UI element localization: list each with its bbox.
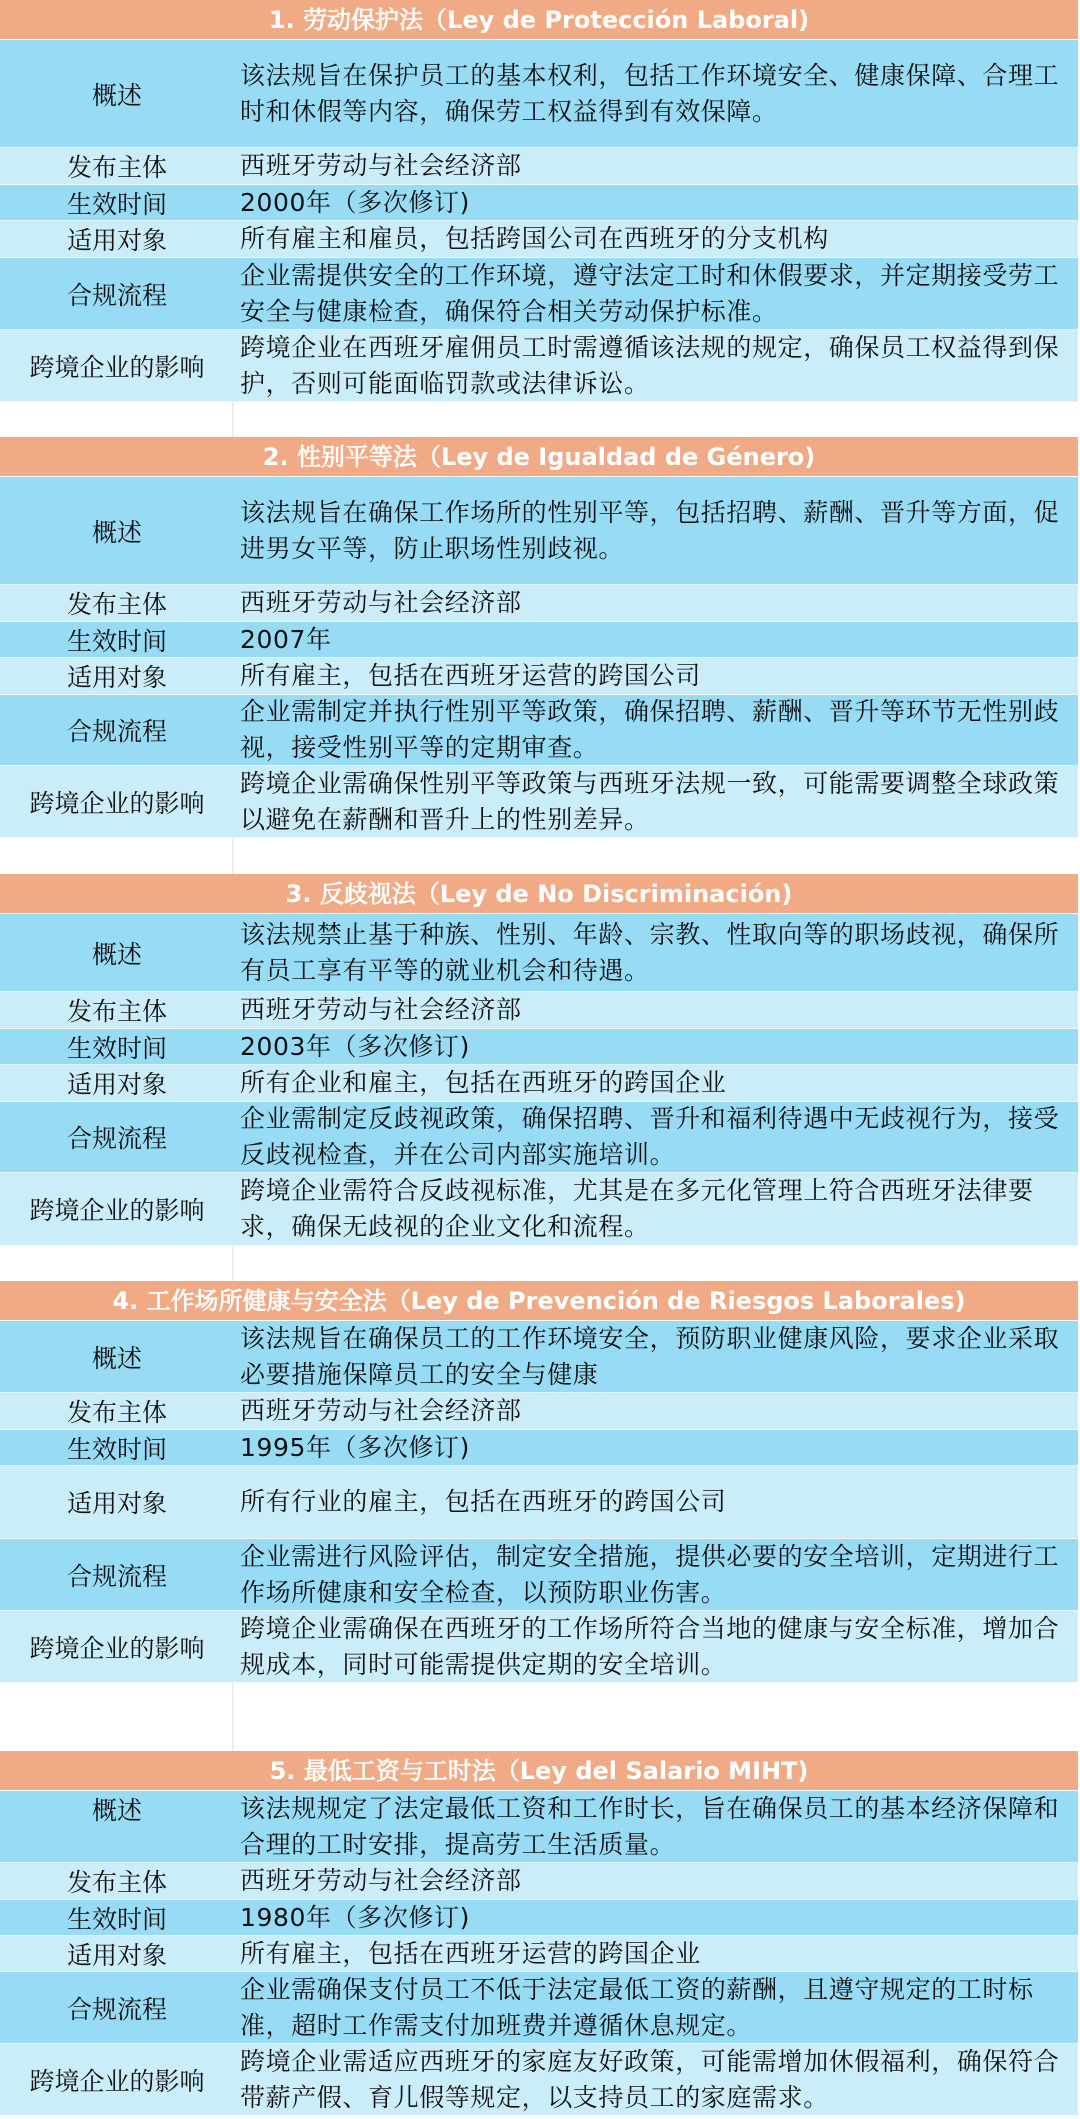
row-overview: 概述 该法规旨在确保工作场所的性别平等，包括招聘、薪酬、晋升等方面，促进男女平等… (0, 477, 1078, 585)
row-value: 企业需制定反歧视政策，确保招聘、晋升和福利待遇中无歧视行为，接受反歧视检查，并在… (234, 1102, 1078, 1172)
row-label: 跨境企业的影响 (0, 330, 234, 401)
row-value: 1995年（多次修订) (234, 1430, 1078, 1465)
row-label: 适用对象 (0, 1936, 234, 1971)
row-value: 跨境企业需确保在西班牙的工作场所符合当地的健康与安全标准，增加合规成本，同时可能… (234, 1611, 1078, 1682)
row-label: 适用对象 (0, 1466, 234, 1538)
row-value: 所有雇主，包括在西班牙运营的跨国企业 (234, 1936, 1078, 1971)
row-label: 跨境企业的影响 (0, 1173, 234, 1245)
row-overview: 概述 该法规规定了法定最低工资和工作时长，旨在确保员工的基本经济保障和合理的工时… (0, 1791, 1078, 1863)
row-issuer: 发布主体 西班牙劳动与社会经济部 (0, 585, 1078, 622)
row-effective: 生效时间 2000年（多次修订) (0, 185, 1078, 221)
section-title: 2. 性别平等法（Ley de Igualdad de Género) (0, 437, 1078, 477)
row-label: 发布主体 (0, 1863, 234, 1899)
row-issuer: 发布主体 西班牙劳动与社会经济部 (0, 1393, 1078, 1430)
row-label: 生效时间 (0, 185, 234, 220)
row-label: 概述 (0, 477, 234, 584)
row-label: 发布主体 (0, 148, 234, 184)
row-effective: 生效时间 1980年（多次修订) (0, 1900, 1078, 1936)
row-effective: 生效时间 1995年（多次修订) (0, 1430, 1078, 1466)
row-value: 西班牙劳动与社会经济部 (234, 992, 1078, 1028)
row-value: 1980年（多次修订) (234, 1900, 1078, 1935)
row-compliance: 合规流程 企业需确保支付员工不低于法定最低工资的薪酬，且遵守规定的工时标准，超时… (0, 1972, 1078, 2044)
row-label: 生效时间 (0, 1430, 234, 1465)
row-label: 生效时间 (0, 1029, 234, 1064)
row-value: 所有雇主，包括在西班牙运营的跨国公司 (234, 658, 1078, 694)
row-value: 跨境企业在西班牙雇佣员工时需遵循该法规的规定，确保员工权益得到保护，否则可能面临… (234, 330, 1078, 401)
row-label: 生效时间 (0, 1900, 234, 1935)
row-value: 西班牙劳动与社会经济部 (234, 585, 1078, 621)
row-value: 跨境企业需适应西班牙的家庭友好政策，可能需增加休假福利，确保符合带薪产假、育儿假… (234, 2044, 1078, 2115)
section-title: 3. 反歧视法（Ley de No Discriminación) (0, 874, 1078, 914)
row-overview: 概述 该法规旨在保护员工的基本权利，包括工作环境安全、健康保障、合理工时和休假等… (0, 40, 1078, 148)
row-value: 该法规旨在保护员工的基本权利，包括工作环境安全、健康保障、合理工时和休假等内容，… (234, 40, 1078, 147)
row-impact: 跨境企业的影响 跨境企业需确保在西班牙的工作场所符合当地的健康与安全标准，增加合… (0, 1611, 1078, 1683)
row-value: 企业需确保支付员工不低于法定最低工资的薪酬，且遵守规定的工时标准，超时工作需支付… (234, 1972, 1078, 2043)
row-scope: 适用对象 所有企业和雇主，包括在西班牙的跨国企业 (0, 1065, 1078, 1102)
row-label: 适用对象 (0, 221, 234, 257)
row-label: 生效时间 (0, 622, 234, 657)
row-label: 概述 (0, 1321, 234, 1392)
row-label: 发布主体 (0, 585, 234, 621)
row-value: 2007年 (234, 622, 1078, 657)
row-value: 该法规旨在确保工作场所的性别平等，包括招聘、薪酬、晋升等方面，促进男女平等，防止… (234, 477, 1078, 584)
row-compliance: 合规流程 企业需制定反歧视政策，确保招聘、晋升和福利待遇中无歧视行为，接受反歧视… (0, 1102, 1078, 1173)
row-issuer: 发布主体 西班牙劳动与社会经济部 (0, 1863, 1078, 1900)
row-value: 所有雇主和雇员，包括跨国公司在西班牙的分支机构 (234, 221, 1078, 257)
row-value: 跨境企业需确保性别平等政策与西班牙法规一致，可能需要调整全球政策以避免在薪酬和晋… (234, 766, 1078, 837)
section-spacer (0, 1683, 1078, 1751)
row-label: 概述 (0, 914, 234, 991)
row-effective: 生效时间 2007年 (0, 622, 1078, 658)
row-label: 跨境企业的影响 (0, 766, 234, 837)
row-value: 该法规旨在确保员工的工作环境安全，预防职业健康风险，要求企业采取必要措施保障员工… (234, 1321, 1078, 1392)
row-label: 合规流程 (0, 1102, 234, 1172)
law-section-2: 2. 性别平等法（Ley de Igualdad de Género) 概述 该… (0, 437, 1078, 874)
row-impact: 跨境企业的影响 跨境企业需确保性别平等政策与西班牙法规一致，可能需要调整全球政策… (0, 766, 1078, 838)
law-section-1: 1. 劳动保护法（Ley de Protección Laboral) 概述 该… (0, 0, 1078, 437)
row-overview: 概述 该法规旨在确保员工的工作环境安全，预防职业健康风险，要求企业采取必要措施保… (0, 1321, 1078, 1393)
row-value: 企业需进行风险评估，制定安全措施，提供必要的安全培训，定期进行工作场所健康和安全… (234, 1539, 1078, 1610)
row-impact: 跨境企业的影响 跨境企业需适应西班牙的家庭友好政策，可能需增加休假福利，确保符合… (0, 2044, 1078, 2116)
row-value: 跨境企业需符合反歧视标准，尤其是在多元化管理上符合西班牙法律要求，确保无歧视的企… (234, 1173, 1078, 1245)
row-label: 跨境企业的影响 (0, 2044, 234, 2115)
row-effective: 生效时间 2003年（多次修订) (0, 1029, 1078, 1065)
row-label: 概述 (0, 40, 234, 147)
law-section-5: 5. 最低工资与工时法（Ley del Salario MIHT) 概述 该法规… (0, 1751, 1078, 2116)
row-issuer: 发布主体 西班牙劳动与社会经济部 (0, 992, 1078, 1029)
row-value: 该法规禁止基于种族、性别、年龄、宗教、性取向等的职场歧视，确保所有员工享有平等的… (234, 914, 1078, 991)
row-label: 概述 (0, 1791, 234, 1862)
row-value: 2000年（多次修订) (234, 185, 1078, 220)
row-label: 发布主体 (0, 1393, 234, 1429)
row-impact: 跨境企业的影响 跨境企业在西班牙雇佣员工时需遵循该法规的规定，确保员工权益得到保… (0, 330, 1078, 402)
row-compliance: 合规流程 企业需制定并执行性别平等政策，确保招聘、薪酬、晋升等环节无性别歧视，接… (0, 695, 1078, 766)
row-value: 西班牙劳动与社会经济部 (234, 1863, 1078, 1899)
row-issuer: 发布主体 西班牙劳动与社会经济部 (0, 148, 1078, 185)
row-scope: 适用对象 所有行业的雇主，包括在西班牙的跨国公司 (0, 1466, 1078, 1539)
row-overview: 概述 该法规禁止基于种族、性别、年龄、宗教、性取向等的职场歧视，确保所有员工享有… (0, 914, 1078, 992)
row-scope: 适用对象 所有雇主，包括在西班牙运营的跨国企业 (0, 1936, 1078, 1972)
row-value: 所有企业和雇主，包括在西班牙的跨国企业 (234, 1065, 1078, 1101)
row-value: 2003年（多次修订) (234, 1029, 1078, 1064)
law-section-3: 3. 反歧视法（Ley de No Discriminación) 概述 该法规… (0, 874, 1078, 1281)
section-spacer (0, 838, 1078, 874)
row-label: 发布主体 (0, 992, 234, 1028)
row-value: 西班牙劳动与社会经济部 (234, 148, 1078, 184)
section-title: 1. 劳动保护法（Ley de Protección Laboral) (0, 0, 1078, 40)
row-value: 西班牙劳动与社会经济部 (234, 1393, 1078, 1429)
row-value: 企业需提供安全的工作环境，遵守法定工时和休假要求，并定期接受劳工安全与健康检查，… (234, 258, 1078, 329)
row-label: 合规流程 (0, 258, 234, 329)
law-section-4: 4. 工作场所健康与安全法（Ley de Prevención de Riesg… (0, 1281, 1078, 1751)
section-title: 4. 工作场所健康与安全法（Ley de Prevención de Riesg… (0, 1281, 1078, 1321)
row-label: 合规流程 (0, 695, 234, 765)
row-label: 适用对象 (0, 658, 234, 694)
row-label: 合规流程 (0, 1539, 234, 1610)
row-scope: 适用对象 所有雇主和雇员，包括跨国公司在西班牙的分支机构 (0, 221, 1078, 258)
section-title: 5. 最低工资与工时法（Ley del Salario MIHT) (0, 1751, 1078, 1791)
row-compliance: 合规流程 企业需提供安全的工作环境，遵守法定工时和休假要求，并定期接受劳工安全与… (0, 258, 1078, 330)
section-spacer (0, 1246, 1078, 1281)
row-label: 跨境企业的影响 (0, 1611, 234, 1682)
row-label: 合规流程 (0, 1972, 234, 2043)
row-label: 适用对象 (0, 1065, 234, 1101)
row-impact: 跨境企业的影响 跨境企业需符合反歧视标准，尤其是在多元化管理上符合西班牙法律要求… (0, 1173, 1078, 1246)
section-spacer (0, 402, 1078, 437)
row-scope: 适用对象 所有雇主，包括在西班牙运营的跨国公司 (0, 658, 1078, 695)
row-compliance: 合规流程 企业需进行风险评估，制定安全措施，提供必要的安全培训，定期进行工作场所… (0, 1539, 1078, 1611)
row-value: 企业需制定并执行性别平等政策，确保招聘、薪酬、晋升等环节无性别歧视，接受性别平等… (234, 695, 1078, 765)
row-value: 所有行业的雇主，包括在西班牙的跨国公司 (234, 1466, 1078, 1538)
labor-law-table: 1. 劳动保护法（Ley de Protección Laboral) 概述 该… (0, 0, 1080, 2116)
row-value: 该法规规定了法定最低工资和工作时长，旨在确保员工的基本经济保障和合理的工时安排，… (234, 1791, 1078, 1862)
